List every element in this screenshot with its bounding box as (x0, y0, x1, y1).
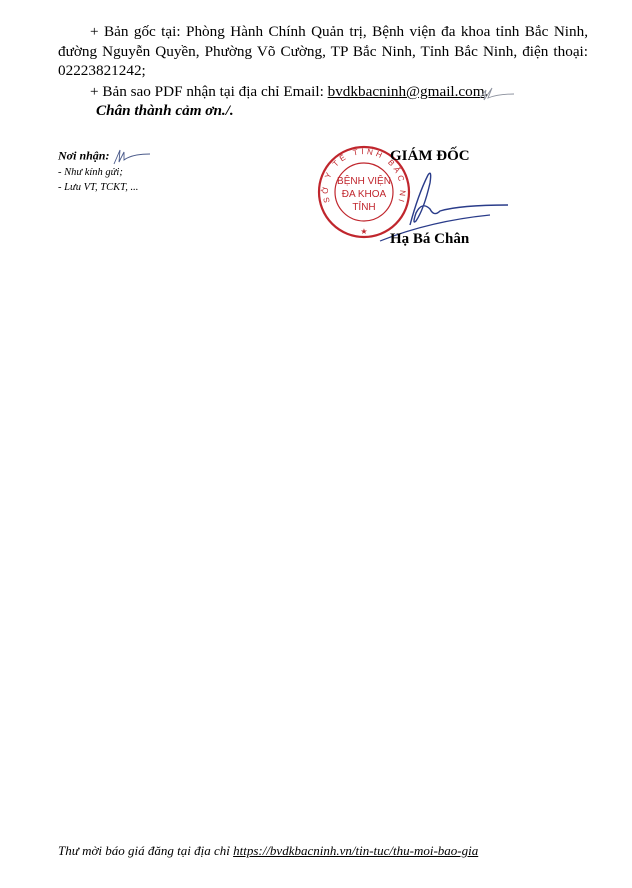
recipient-item: - Lưu VT, TCKT, ... (58, 181, 152, 196)
original-copy-paragraph: + Bản gốc tại: Phòng Hành Chính Quản trị… (58, 22, 588, 81)
director-name: Hạ Bá Chân (390, 231, 469, 248)
recipient-signature-icon (112, 148, 152, 166)
director-title: GIÁM ĐỐC (390, 148, 470, 165)
footer-prefix: Thư mời báo giá đăng tại địa chỉ (58, 843, 233, 858)
recipients-block: Nơi nhận: - Như kính gửi; - Lưu VT, TCKT… (58, 148, 152, 195)
recipients-label: Nơi nhận: (58, 148, 109, 162)
initial-signature-icon (478, 84, 516, 104)
email-link[interactable]: bvdkbacninh@gmail.com (328, 83, 485, 100)
recipient-item: - Như kính gửi; (58, 166, 152, 181)
svg-text:★: ★ (360, 227, 367, 236)
footer-note: Thư mời báo giá đăng tại địa chỉ https:/… (58, 843, 478, 859)
footer-link[interactable]: https://bvdkbacninh.vn/tin-tuc/thu-moi-b… (233, 843, 478, 858)
thanks-text: Chân thành cảm ơn./. (96, 102, 234, 120)
pdf-copy-prefix: + Bản sao PDF nhận tại địa chỉ Email: (90, 83, 328, 100)
